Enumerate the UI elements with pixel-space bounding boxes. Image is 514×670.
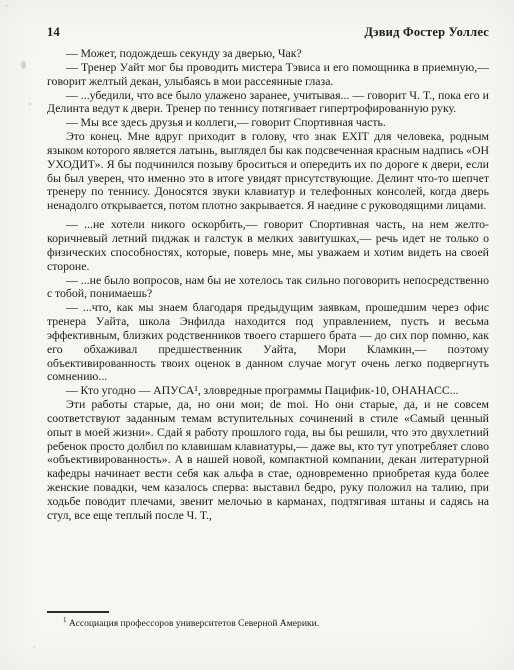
body-text: — Может, подождешь секунду за дверью, Ча… <box>47 47 489 614</box>
paragraph: — Кто угодно — АПУСА¹, зловредные програ… <box>47 384 489 398</box>
paragraph: — ...не хотели никого оскорбить,— говори… <box>47 218 489 273</box>
footnote-text: 1 Ассоциация профессоров университетов С… <box>47 618 474 630</box>
book-page: 14 Дэвид Фостер Уоллес — Может, подождеш… <box>0 0 514 670</box>
footnote-marker: 1 <box>63 615 67 623</box>
paragraph: — ...не было вопросов, нам бы не хотелос… <box>47 274 489 302</box>
footnote-divider <box>47 611 109 613</box>
page-number: 14 <box>47 25 60 40</box>
scan-artifact <box>29 103 31 105</box>
paragraph: Это конец. Мне вдруг приходит в голову, … <box>47 130 489 213</box>
footnote: 1 Ассоциация профессоров университетов С… <box>47 611 474 630</box>
scan-artifact <box>5 5 8 7</box>
footnote-body: Ассоциация профессоров университетов Сев… <box>69 618 319 629</box>
scan-artifact <box>21 61 26 69</box>
scan-artifact <box>33 646 35 648</box>
paragraph: — ...убедили, что все было улажено заран… <box>47 89 489 117</box>
running-title: Дэвид Фостер Уоллес <box>364 25 489 40</box>
page-header: 14 Дэвид Фостер Уоллес <box>47 25 489 40</box>
paragraph: — ...что, как мы знаем благодаря предыду… <box>47 301 489 384</box>
paragraph: — Может, подождешь секунду за дверью, Ча… <box>47 47 489 61</box>
paragraph: Эти работы старые, да, но они мои; de mo… <box>47 398 489 523</box>
paragraph: — Тренер Уайт мог бы проводить мистера Т… <box>47 61 489 89</box>
paragraph: — Мы все здесь друзья и коллеги,— говори… <box>47 116 489 130</box>
